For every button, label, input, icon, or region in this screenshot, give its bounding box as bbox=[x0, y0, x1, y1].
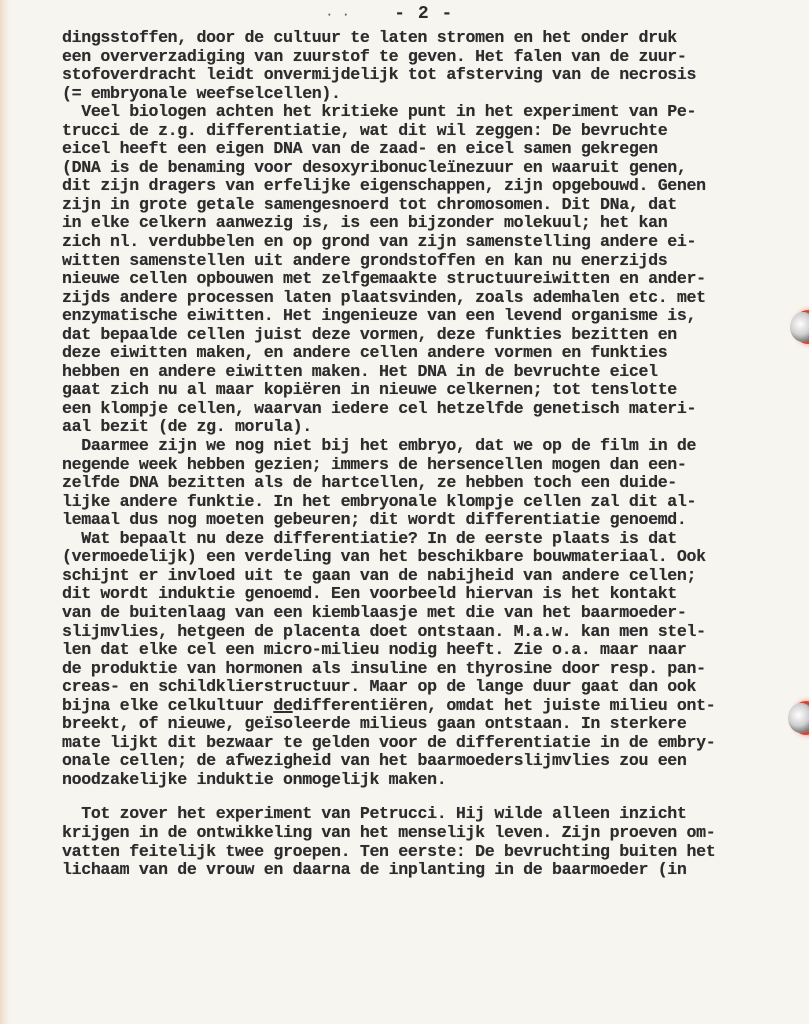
text-line: krijgen in de ontwikkeling van het mense… bbox=[62, 824, 802, 843]
text-line: lijke andere funktie. In het embryonale … bbox=[62, 493, 802, 512]
text-line: slijmvlies, hetgeen de placenta doet ont… bbox=[62, 623, 802, 642]
text-line: schijnt er invloed uit te gaan van de na… bbox=[62, 567, 802, 586]
text-line: dat bepaalde cellen juist deze vormen, d… bbox=[62, 326, 802, 345]
text-line: zijds andere processen laten plaatsvinde… bbox=[62, 289, 802, 308]
text-line: lichaam van de vrouw en daarna de inplan… bbox=[62, 861, 802, 880]
text-line: in elke celkern aanwezig is, is een bijz… bbox=[62, 214, 802, 233]
text-line: van de buitenlaag van een kiemblaasje me… bbox=[62, 604, 802, 623]
typewritten-page: · ·- 2 - dingsstoffen, door de cultuur t… bbox=[0, 0, 809, 1024]
page-number-dots: · · bbox=[326, 8, 351, 22]
text-line: creas- en schildklierstructuur. Maar op … bbox=[62, 678, 802, 697]
text-line: (vermoedelijk) een verdeling van het bes… bbox=[62, 548, 802, 567]
text-line: witten samenstellen uit andere grondstof… bbox=[62, 252, 802, 271]
text-line: dingsstoffen, door de cultuur te laten s… bbox=[62, 29, 802, 48]
text-line: nieuwe cellen opbouwen met zelfgemaakte … bbox=[62, 270, 802, 289]
text-line: aal bezit (de zg. morula). bbox=[62, 418, 802, 437]
text-line: onale cellen; de afwezigheid van het baa… bbox=[62, 752, 802, 771]
text-line: dit wordt induktie genoemd. Een voorbeel… bbox=[62, 585, 802, 604]
text-line: len dat elke cel een micro-milieu nodig … bbox=[62, 641, 802, 660]
text-line: lemaal dus nog moeten gebeuren; dit word… bbox=[62, 511, 802, 530]
text-line: zijn in grote getale samengesnoerd tot c… bbox=[62, 196, 802, 215]
paragraph: Wat bepaalt nu deze differentiatie? In d… bbox=[62, 530, 802, 790]
text-line: stofoverdracht leidt onvermijdelijk tot … bbox=[62, 66, 802, 85]
text-line: eicel heeft een eigen DNA van de zaad- e… bbox=[62, 140, 802, 159]
paragraph: Veel biologen achten het kritieke punt i… bbox=[62, 103, 802, 437]
text-line: enzymatische eiwitten. Het ingenieuze va… bbox=[62, 307, 802, 326]
page-number: - 2 - bbox=[394, 4, 453, 24]
text-line: Tot zover het experiment van Petrucci. H… bbox=[62, 805, 802, 824]
text-line: gaat zich nu al maar kopiëren in nieuwe … bbox=[62, 381, 802, 400]
underlined-prefix: de bbox=[273, 696, 292, 715]
text-line: breekt, of nieuwe, geïsoleerde milieus g… bbox=[62, 715, 802, 734]
text-line: deze eiwitten maken, en andere cellen an… bbox=[62, 344, 802, 363]
text-line: noodzakelijke induktie onmogelijk maken. bbox=[62, 771, 802, 790]
punch-hole-marker bbox=[788, 703, 809, 733]
text-line: (DNA is de benaming voor desoxyribonucle… bbox=[62, 159, 802, 178]
text-line: Veel biologen achten het kritieke punt i… bbox=[62, 103, 802, 122]
text-line: een klompje cellen, waarvan iedere cel h… bbox=[62, 400, 802, 419]
text-line: negende week hebben gezien; immers de he… bbox=[62, 456, 802, 475]
paragraph: dingsstoffen, door de cultuur te laten s… bbox=[62, 29, 802, 103]
punch-hole-marker bbox=[790, 312, 809, 342]
text-line: (= embryonale weefselcellen). bbox=[62, 85, 802, 104]
paragraph-gap bbox=[62, 789, 802, 805]
paragraph: Daarmee zijn we nog niet bij het embryo,… bbox=[62, 437, 802, 530]
text-line: mate lijkt dit bezwaar te gelden voor de… bbox=[62, 734, 802, 753]
text-line: trucci de z.g. differentiatie, wat dit w… bbox=[62, 122, 802, 141]
text-line: vatten feitelijk twee groepen. Ten eerst… bbox=[62, 843, 802, 862]
text-line-with-underline: bijna elke celkultuur dedifferentiëren, … bbox=[62, 697, 802, 716]
text-line: zelfde DNA bezitten als de hartcellen, z… bbox=[62, 474, 802, 493]
text-segment: bijna elke celkultuur bbox=[62, 696, 273, 715]
text-line: de produktie van hormonen als insuline e… bbox=[62, 660, 802, 679]
text-line: hebben en andere eiwitten maken. Het DNA… bbox=[62, 363, 802, 382]
text-line: een oververzadiging van zuurstof te geve… bbox=[62, 48, 802, 67]
text-line: Wat bepaalt nu deze differentiatie? In d… bbox=[62, 530, 802, 549]
page-number-header: · ·- 2 - bbox=[0, 4, 809, 24]
body-text: dingsstoffen, door de cultuur te laten s… bbox=[62, 29, 802, 880]
text-segment: differentiëren, omdat het juiste milieu … bbox=[293, 696, 716, 715]
text-line: zich nl. verdubbelen en op grond van zij… bbox=[62, 233, 802, 252]
text-line: Daarmee zijn we nog niet bij het embryo,… bbox=[62, 437, 802, 456]
text-line: dit zijn dragers van erfelijke eigenscha… bbox=[62, 177, 802, 196]
paragraph: Tot zover het experiment van Petrucci. H… bbox=[62, 805, 802, 879]
